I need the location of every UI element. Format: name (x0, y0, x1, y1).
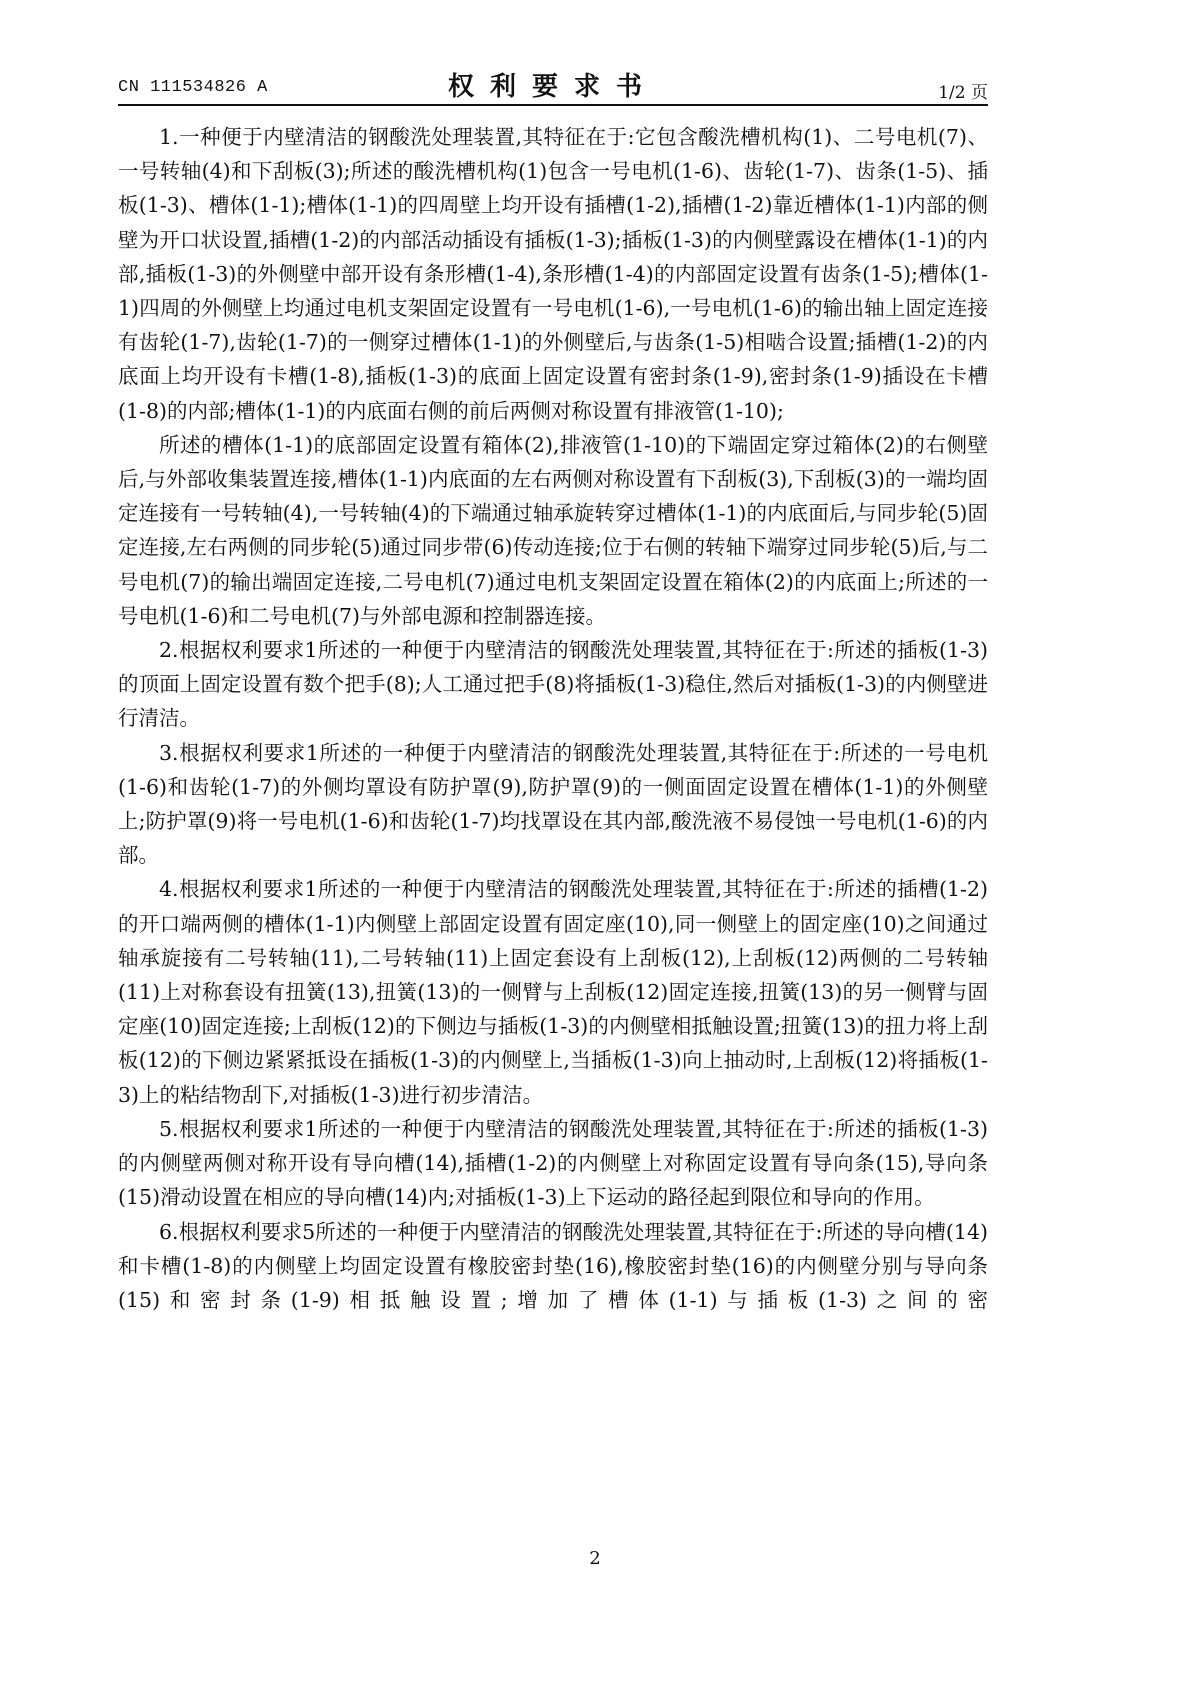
claim-3: 3.根据权利要求1所述的一种便于内壁清洁的钢酸洗处理装置,其特征在于:所述的一号… (118, 736, 988, 873)
page-number: 2 (0, 1548, 1190, 1569)
claim-4: 4.根据权利要求1所述的一种便于内壁清洁的钢酸洗处理装置,其特征在于:所述的插槽… (118, 872, 988, 1111)
claim-2: 2.根据权利要求1所述的一种便于内壁清洁的钢酸洗处理装置,其特征在于:所述的插板… (118, 633, 988, 736)
page-indicator: 1/2 页 (938, 78, 988, 103)
claim-1-paragraph-1: 1.一种便于内壁清洁的钢酸洗处理装置,其特征在于:它包含酸洗槽机构(1)、二号电… (118, 120, 988, 428)
page-header: CN 111534826 A 权利要求书 1/2 页 (118, 66, 988, 106)
document-title: 权利要求书 (118, 66, 988, 103)
claim-5: 5.根据权利要求1所述的一种便于内壁清洁的钢酸洗处理装置,其特征在于:所述的插板… (118, 1112, 988, 1215)
claim-1-paragraph-2: 所述的槽体(1-1)的底部固定设置有箱体(2),排液管(1-10)的下端固定穿过… (118, 428, 988, 633)
header-rule (118, 104, 988, 106)
claim-6: 6.根据权利要求5所述的一种便于内壁清洁的钢酸洗处理装置,其特征在于:所述的导向… (118, 1215, 988, 1318)
claims-body: 1.一种便于内壁清洁的钢酸洗处理装置,其特征在于:它包含酸洗槽机构(1)、二号电… (118, 120, 988, 1317)
